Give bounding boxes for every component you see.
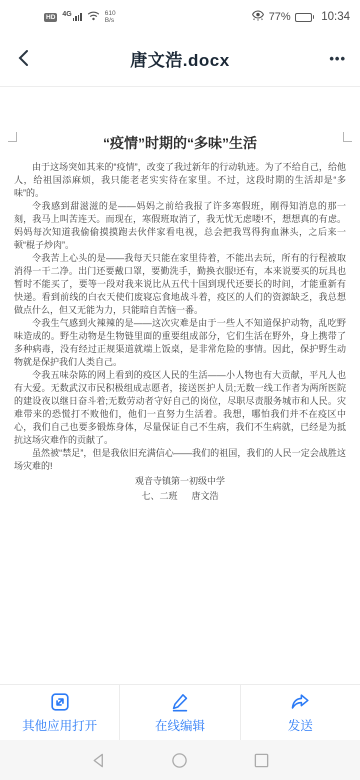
open-external-icon xyxy=(49,691,71,713)
signature-line: 七、二班唐文浩 xyxy=(14,489,346,503)
doc-paragraph: 令我五味杂陈的网上看到的疫区人民的生活——小人物也有大贡献，平凡人也有大爱。无数… xyxy=(14,369,346,447)
bottom-toolbar: 其他应用打开 在线编辑 发送 xyxy=(0,684,360,740)
open-with-label: 其他应用打开 xyxy=(22,716,97,734)
back-chevron-icon xyxy=(14,48,34,68)
phone-screen: HD 4G 610 B/s xyxy=(0,0,360,780)
doc-paragraph: 虽然被“禁足”，但是我依旧充满信心——我们的祖国，我们的人民一定会战胜这场灾难的… xyxy=(14,447,346,473)
nav-recents-square-icon xyxy=(253,752,270,769)
doc-paragraph: 由于这场突如其来的“疫情”，改变了我过新年的行动轨迹。为了不给自己，给他人，给祖… xyxy=(14,161,346,200)
signature-class: 七、二班 xyxy=(141,491,177,501)
nav-recents-button[interactable] xyxy=(241,745,281,775)
nav-back-triangle-icon xyxy=(90,752,107,769)
clock-time: 10:34 xyxy=(321,11,350,23)
nav-back-button[interactable] xyxy=(79,745,119,775)
doc-paragraph: 令我感到甜滋滋的是——妈妈之前给我报了许多寒假班，刚得知消息的那一刻，我马上叫苦… xyxy=(14,200,346,252)
send-label: 发送 xyxy=(288,716,313,734)
send-button[interactable]: 发送 xyxy=(240,685,360,740)
pencil-edit-icon xyxy=(169,691,191,713)
online-edit-label: 在线编辑 xyxy=(155,716,205,734)
wifi-icon xyxy=(87,8,100,26)
share-send-icon xyxy=(289,691,311,713)
back-button[interactable] xyxy=(14,48,42,68)
open-with-other-app-button[interactable]: 其他应用打开 xyxy=(0,685,119,740)
eye-comfort-icon xyxy=(251,8,265,26)
page-margin-mark-right xyxy=(343,132,352,142)
signature-school: 观音寺镇第一初级中学 xyxy=(14,474,346,488)
status-right-group: 77% 10:34 xyxy=(251,8,350,26)
page-margin-mark-left xyxy=(8,132,17,142)
nav-home-circle-icon xyxy=(171,752,188,769)
document-page[interactable]: “疫情”时期的“多味”生活 由于这场突如其来的“疫情”，改变了我过新年的行动轨迹… xyxy=(0,87,360,684)
status-left-group: HD 4G 610 B/s xyxy=(44,8,116,26)
doc-paragraph: 令我苦上心头的是——我每天只能在家里待着，不能出去玩，所有的行程被取消得一干二净… xyxy=(14,252,346,317)
app-header: 唐文浩.docx ••• xyxy=(0,30,360,87)
document-body: 由于这场突如其来的“疫情”，改变了我过新年的行动轨迹。为了不给自己，给他人，给祖… xyxy=(14,161,346,473)
document-title-header: 唐文浩.docx xyxy=(42,46,318,71)
doc-paragraph: 令我生气感到火辣辣的是——这次灾难是由于一些人不知道保护动物，乱吃野味造成的。野… xyxy=(14,317,346,369)
battery-percent: 77% xyxy=(269,11,291,23)
network-speed: 610 B/s xyxy=(105,10,116,24)
more-options-button[interactable]: ••• xyxy=(318,51,346,66)
cellular-signal-icon: 4G xyxy=(62,13,81,21)
status-bar: HD 4G 610 B/s xyxy=(0,0,360,30)
hd-icon: HD xyxy=(44,13,57,22)
android-nav-bar xyxy=(0,740,360,780)
nav-home-button[interactable] xyxy=(160,745,200,775)
signature-name: 唐文浩 xyxy=(192,491,219,501)
document-title: “疫情”时期的“多味”生活 xyxy=(14,133,346,153)
online-edit-button[interactable]: 在线编辑 xyxy=(119,685,239,740)
battery-icon xyxy=(295,13,315,22)
